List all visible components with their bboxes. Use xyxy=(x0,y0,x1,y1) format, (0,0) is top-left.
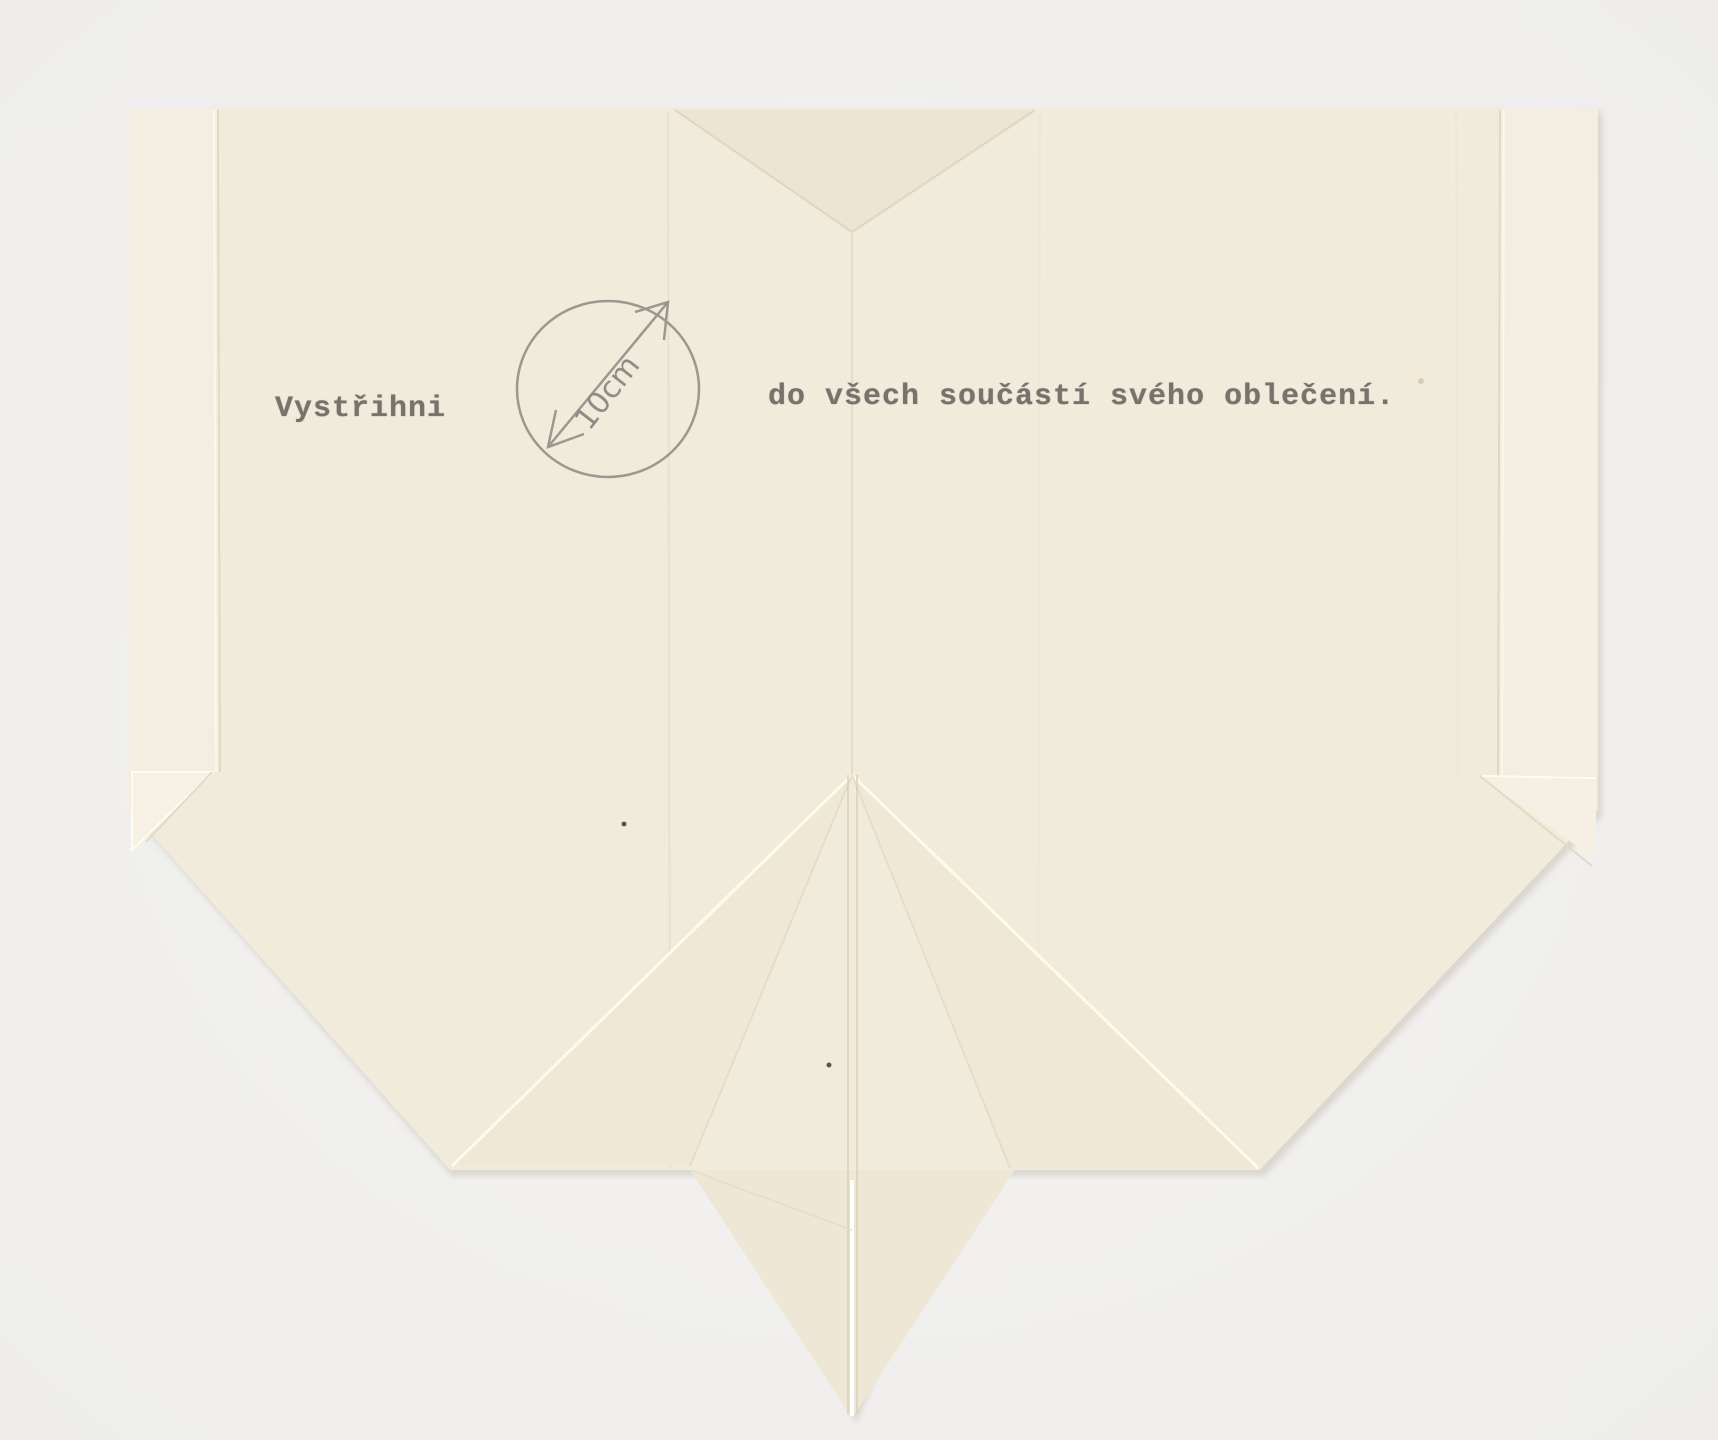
stain-dot xyxy=(1418,378,1424,384)
typed-sentence: do všech součástí svého oblečení. xyxy=(768,380,1395,414)
folded-paper xyxy=(0,0,1718,1440)
ink-speck xyxy=(827,1063,832,1068)
ink-speck xyxy=(622,822,627,827)
left-folded-flap xyxy=(130,108,218,772)
right-folded-flap xyxy=(1500,108,1598,776)
typed-word-vystrihni: Vystřihni xyxy=(275,392,446,426)
